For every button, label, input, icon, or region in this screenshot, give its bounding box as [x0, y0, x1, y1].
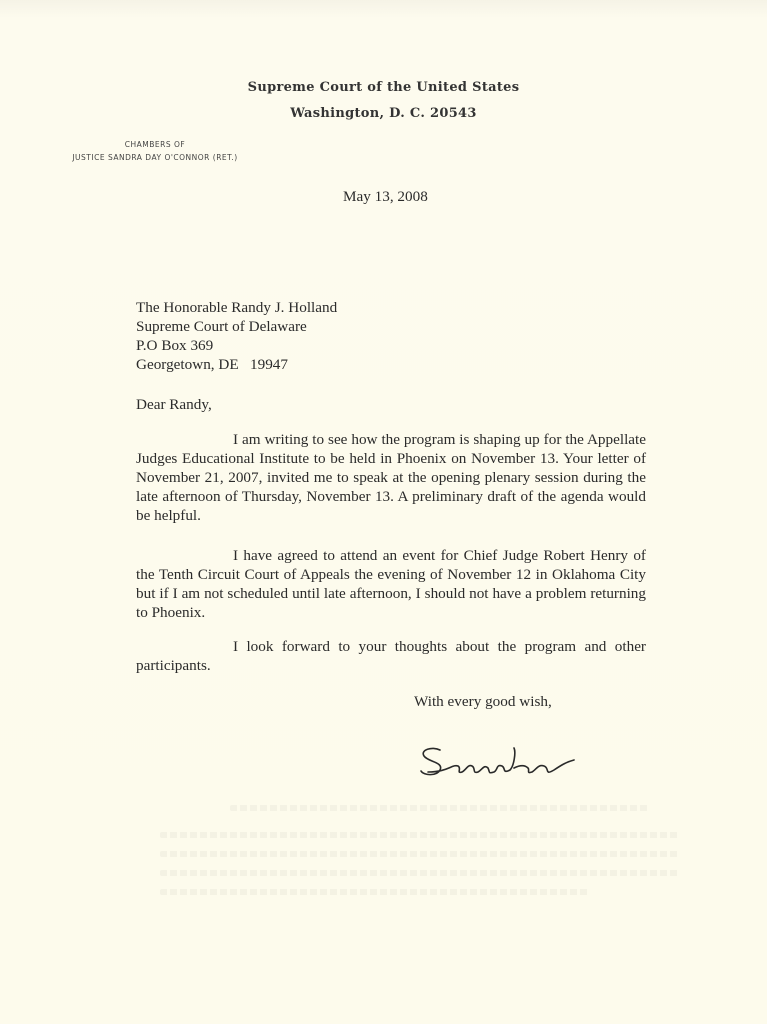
body-paragraph-3: I look forward to your thoughts about th…	[136, 637, 646, 675]
letter-page: Supreme Court of the United States Washi…	[0, 0, 767, 1024]
show-through-texture	[160, 889, 590, 895]
address-line: The Honorable Randy J. Holland	[136, 298, 337, 317]
paragraph-text: I am writing to see how the program is s…	[136, 430, 646, 525]
show-through-texture	[160, 851, 680, 857]
paragraph-text: I have agreed to attend an event for Chi…	[136, 546, 646, 622]
letterhead-court-name: Supreme Court of the United States	[0, 80, 767, 95]
body-paragraph-1: I am writing to see how the program is s…	[136, 430, 646, 525]
show-through-texture	[160, 870, 680, 876]
address-line: Georgetown, DE 19947	[136, 355, 337, 374]
address-line: P.O Box 369	[136, 336, 337, 355]
chambers-block: CHAMBERS OF JUSTICE SANDRA DAY O'CONNOR …	[40, 138, 270, 164]
recipient-address: The Honorable Randy J. Holland Supreme C…	[136, 298, 337, 374]
chambers-line-1: CHAMBERS OF	[40, 138, 270, 151]
show-through-texture	[230, 805, 650, 811]
paragraph-text: I look forward to your thoughts about th…	[136, 637, 646, 675]
closing: With every good wish,	[414, 692, 552, 711]
letter-date: May 13, 2008	[343, 187, 428, 206]
chambers-line-2: JUSTICE SANDRA DAY O'CONNOR (RET.)	[40, 151, 270, 164]
letterhead-city: Washington, D. C. 20543	[0, 106, 767, 121]
salutation: Dear Randy,	[136, 395, 212, 414]
address-line: Supreme Court of Delaware	[136, 317, 337, 336]
body-paragraph-2: I have agreed to attend an event for Chi…	[136, 546, 646, 622]
show-through-texture	[160, 832, 680, 838]
signature-icon	[418, 742, 578, 786]
